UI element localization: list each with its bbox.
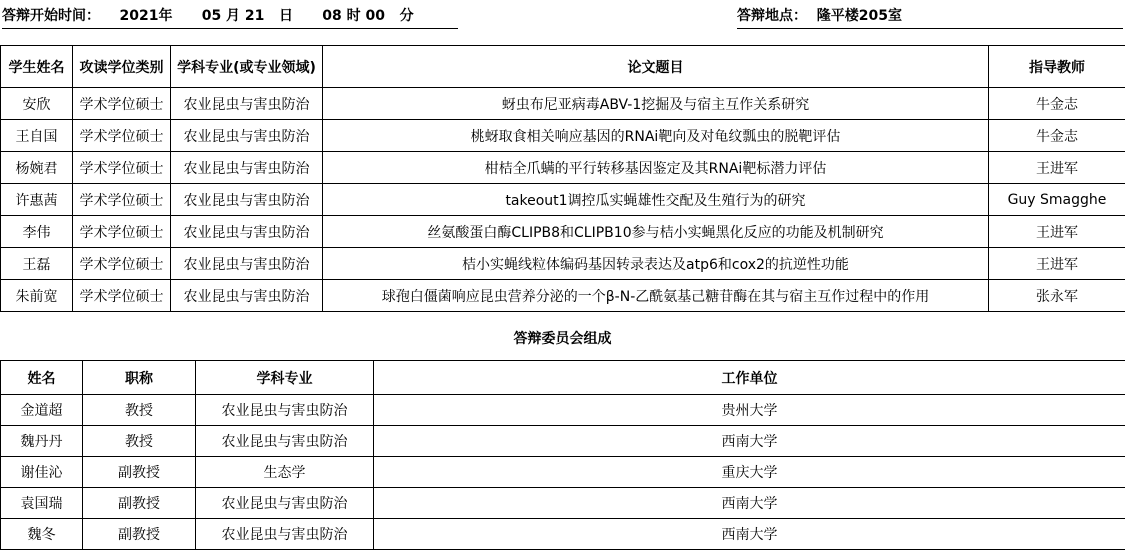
member-name-cell: 魏冬 — [1, 519, 83, 550]
committee-section-title: 答辩委员会组成 — [0, 319, 1125, 360]
member-title-cell: 副教授 — [83, 519, 196, 550]
advisor-cell: 王进军 — [989, 216, 1125, 248]
major-cell: 农业昆虫与害虫防治 — [171, 216, 323, 248]
defense-time-label: 答辩开始时间： — [2, 8, 100, 24]
student-row: 王自国 学术学位硕士 农业昆虫与害虫防治 桃蚜取食相关响应基因的RNAi靶向及对… — [1, 120, 1125, 152]
member-name-cell: 谢佳沁 — [1, 457, 83, 488]
member-major-cell: 生态学 — [196, 457, 374, 488]
thesis-title-cell: 柑桔全爪螨的平行转移基因鉴定及其RNAi靶标潜力评估 — [323, 152, 989, 184]
member-name-cell: 魏丹丹 — [1, 426, 83, 457]
work-unit-cell: 西南大学 — [374, 519, 1125, 550]
major-cell: 农业昆虫与害虫防治 — [171, 88, 323, 120]
thesis-title-cell: 丝氨酸蛋白酶CLIPB8和CLIPB10参与桔小实蝇黑化反应的功能及机制研究 — [323, 216, 989, 248]
student-name-cell: 杨婉君 — [1, 152, 73, 184]
degree-type-cell: 学术学位硕士 — [73, 216, 171, 248]
committee-row: 金道超 教授 农业昆虫与害虫防治 贵州大学 — [1, 395, 1125, 426]
student-row: 安欣 学术学位硕士 农业昆虫与害虫防治 蚜虫布尼亚病毒ABV-1挖掘及与宿主互作… — [1, 88, 1125, 120]
member-title-cell: 教授 — [83, 395, 196, 426]
committee-row: 魏丹丹 教授 农业昆虫与害虫防治 西南大学 — [1, 426, 1125, 457]
advisor-cell: 张永军 — [989, 280, 1125, 312]
work-unit-cell: 重庆大学 — [374, 457, 1125, 488]
degree-type-cell: 学术学位硕士 — [73, 248, 171, 280]
col-header-member-major: 学科专业 — [196, 361, 374, 395]
defense-time-field: 答辩开始时间： 2021年 05 月 21 日 08 时 00 分 — [2, 4, 458, 29]
thesis-title-cell: 桔小实蝇线粒体编码基因转录表达及atp6和cox2的抗逆性功能 — [323, 248, 989, 280]
member-major-cell: 农业昆虫与害虫防治 — [196, 395, 374, 426]
committee-row: 袁国瑞 副教授 农业昆虫与害虫防治 西南大学 — [1, 488, 1125, 519]
major-cell: 农业昆虫与害虫防治 — [171, 152, 323, 184]
col-header-major: 学科专业(或专业领域) — [171, 46, 323, 88]
defense-time-value: 2021年 05 月 21 日 08 时 00 分 — [100, 8, 414, 24]
student-name-cell: 李伟 — [1, 216, 73, 248]
defense-location-value: 隆平楼205室 — [807, 8, 902, 24]
student-name-cell: 许惠茜 — [1, 184, 73, 216]
students-table-header-row: 学生姓名 攻读学位类别 学科专业(或专业领域) 论文题目 指导教师 — [1, 46, 1125, 88]
student-row: 杨婉君 学术学位硕士 农业昆虫与害虫防治 柑桔全爪螨的平行转移基因鉴定及其RNA… — [1, 152, 1125, 184]
col-header-thesis-title: 论文题目 — [323, 46, 989, 88]
degree-type-cell: 学术学位硕士 — [73, 88, 171, 120]
col-header-work-unit: 工作单位 — [374, 361, 1125, 395]
page-header: 答辩开始时间： 2021年 05 月 21 日 08 时 00 分 答辩地点： … — [0, 0, 1125, 32]
student-name-cell: 王自国 — [1, 120, 73, 152]
major-cell: 农业昆虫与害虫防治 — [171, 248, 323, 280]
student-name-cell: 朱前宽 — [1, 280, 73, 312]
student-row: 许惠茜 学术学位硕士 农业昆虫与害虫防治 takeout1调控瓜实蝇雄性交配及生… — [1, 184, 1125, 216]
col-header-degree-type: 攻读学位类别 — [73, 46, 171, 88]
member-name-cell: 袁国瑞 — [1, 488, 83, 519]
degree-type-cell: 学术学位硕士 — [73, 280, 171, 312]
advisor-cell: 牛金志 — [989, 88, 1125, 120]
thesis-title-cell: takeout1调控瓜实蝇雄性交配及生殖行为的研究 — [323, 184, 989, 216]
thesis-title-cell: 球孢白僵菌响应昆虫营养分泌的一个β-N-乙酰氨基己糖苷酶在其与宿主互作过程中的作… — [323, 280, 989, 312]
work-unit-cell: 西南大学 — [374, 426, 1125, 457]
degree-type-cell: 学术学位硕士 — [73, 120, 171, 152]
committee-table-header-row: 姓名 职称 学科专业 工作单位 — [1, 361, 1125, 395]
thesis-title-cell: 蚜虫布尼亚病毒ABV-1挖掘及与宿主互作关系研究 — [323, 88, 989, 120]
major-cell: 农业昆虫与害虫防治 — [171, 184, 323, 216]
major-cell: 农业昆虫与害虫防治 — [171, 280, 323, 312]
student-row: 王磊 学术学位硕士 农业昆虫与害虫防治 桔小实蝇线粒体编码基因转录表达及atp6… — [1, 248, 1125, 280]
advisor-cell: 王进军 — [989, 248, 1125, 280]
degree-type-cell: 学术学位硕士 — [73, 152, 171, 184]
work-unit-cell: 西南大学 — [374, 488, 1125, 519]
student-row: 朱前宽 学术学位硕士 农业昆虫与害虫防治 球孢白僵菌响应昆虫营养分泌的一个β-N… — [1, 280, 1125, 312]
committee-row: 谢佳沁 副教授 生态学 重庆大学 — [1, 457, 1125, 488]
students-table: 学生姓名 攻读学位类别 学科专业(或专业领域) 论文题目 指导教师 安欣 学术学… — [0, 45, 1125, 312]
defense-location-field: 答辩地点： 隆平楼205室 — [737, 4, 1123, 29]
major-cell: 农业昆虫与害虫防治 — [171, 120, 323, 152]
member-title-cell: 教授 — [83, 426, 196, 457]
col-header-member-name: 姓名 — [1, 361, 83, 395]
advisor-cell: Guy Smagghe — [989, 184, 1125, 216]
member-title-cell: 副教授 — [83, 488, 196, 519]
thesis-title-cell: 桃蚜取食相关响应基因的RNAi靶向及对龟纹瓢虫的脱靶评估 — [323, 120, 989, 152]
col-header-advisor: 指导教师 — [989, 46, 1125, 88]
committee-table: 姓名 职称 学科专业 工作单位 金道超 教授 农业昆虫与害虫防治 贵州大学 魏丹… — [0, 360, 1125, 550]
advisor-cell: 王进军 — [989, 152, 1125, 184]
student-name-cell: 安欣 — [1, 88, 73, 120]
student-name-cell: 王磊 — [1, 248, 73, 280]
member-major-cell: 农业昆虫与害虫防治 — [196, 488, 374, 519]
member-major-cell: 农业昆虫与害虫防治 — [196, 426, 374, 457]
col-header-student-name: 学生姓名 — [1, 46, 73, 88]
work-unit-cell: 贵州大学 — [374, 395, 1125, 426]
advisor-cell: 牛金志 — [989, 120, 1125, 152]
degree-type-cell: 学术学位硕士 — [73, 184, 171, 216]
committee-row: 魏冬 副教授 农业昆虫与害虫防治 西南大学 — [1, 519, 1125, 550]
student-row: 李伟 学术学位硕士 农业昆虫与害虫防治 丝氨酸蛋白酶CLIPB8和CLIPB10… — [1, 216, 1125, 248]
member-major-cell: 农业昆虫与害虫防治 — [196, 519, 374, 550]
col-header-member-title: 职称 — [83, 361, 196, 395]
member-title-cell: 副教授 — [83, 457, 196, 488]
defense-location-label: 答辩地点： — [737, 8, 807, 24]
member-name-cell: 金道超 — [1, 395, 83, 426]
